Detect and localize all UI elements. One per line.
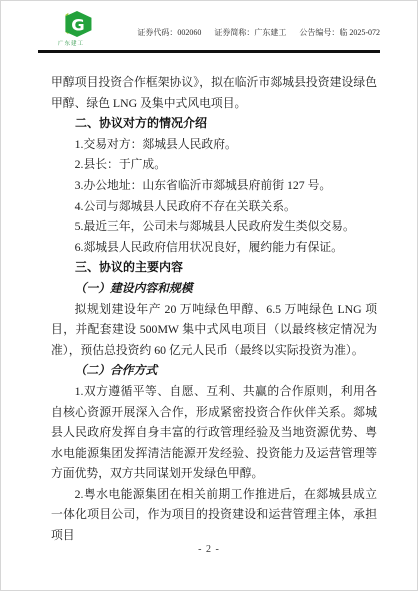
list-item: 2.县长：于广成。: [51, 154, 377, 175]
body-paragraph: 2.粤水电能源集团在相关前期工作推进后，在郯城县成立一体化项目公司，作为项目的投…: [51, 484, 377, 546]
header-meta: 证券代码：002060 证券简称：广东建工 公告编号：临 2025-072: [137, 27, 380, 38]
svg-text:G: G: [71, 15, 84, 34]
list-item: 5.最近三年，公司未与郯城县人民政府发生类似交易。: [51, 216, 377, 237]
list-item: 3.办公地址：山东省临沂市郯城县府前街 127 号。: [51, 175, 377, 196]
list-item: 6.郯城县人民政府信用状况良好，履约能力有保证。: [51, 237, 377, 258]
stock-short-name: 证券简称：广东建工: [214, 27, 286, 38]
company-logo-icon: G: [59, 10, 95, 37]
document-body: 甲醇项目投资合作框架协议》，拟在临沂市郯城县投资建设绿色甲醇、绿色 LNG 及集…: [51, 72, 377, 546]
announcement-number: 公告编号：临 2025-072: [299, 27, 380, 38]
section-heading-2: 二、协议对方的情况介绍: [51, 113, 377, 134]
section-heading-3: 三、协议的主要内容: [51, 257, 377, 278]
body-paragraph: 1.双方遵循平等、自愿、互利、共赢的合作原则，利用各自核心资源开展深入合作，形成…: [51, 381, 377, 484]
announcement-page: G 广东建工 证券代码：002060 证券简称：广东建工 公告编号：临 2025…: [0, 0, 418, 591]
company-logo-caption: 广东建工: [58, 39, 102, 47]
header-divider: [38, 50, 380, 53]
sub-heading-1: （一）建设内容和规模: [51, 278, 377, 299]
paragraph-continuation: 甲醇项目投资合作框架协议》，拟在临沂市郯城县投资建设绿色甲醇、绿色 LNG 及集…: [51, 72, 377, 113]
list-item: 4.公司与郯城县人民政府不存在关联关系。: [51, 196, 377, 217]
sub-heading-2: （二）合作方式: [51, 360, 377, 381]
body-paragraph: 拟规划建设年产 20 万吨绿色甲醇、6.5 万吨绿色 LNG 项目，并配套建设 …: [51, 299, 377, 361]
page-number: - 2 -: [1, 544, 417, 555]
list-item: 1.交易对方：郯城县人民政府。: [51, 134, 377, 155]
stock-code: 证券代码：002060: [137, 27, 201, 38]
